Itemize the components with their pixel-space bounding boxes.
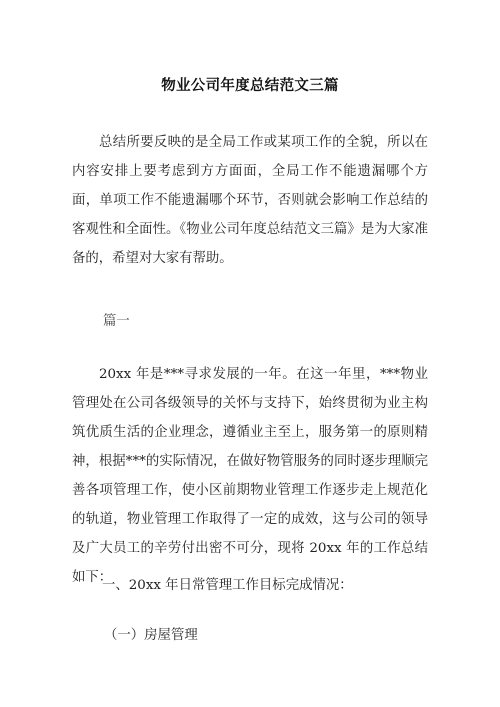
part-label: 篇一 [103,312,130,332]
document-page: 物业公司年度总结范文三篇 总结所要反映的是全局工作或某项工作的全貌，所以在内容安… [0,0,500,707]
document-title: 物业公司年度总结范文三篇 [0,74,500,95]
body-paragraph: 20xx 年是***寻求发展的一年。在这一年里，***物业管理处在公司各级领导的… [72,360,428,592]
intro-paragraph: 总结所要反映的是全局工作或某项工作的全貌，所以在内容安排上要考虑到方方面面，全局… [72,128,428,273]
subsection-heading: （一）房屋管理 [104,626,198,646]
section-heading: 一、20xx 年日常管理工作目标完成情况： [102,576,353,596]
